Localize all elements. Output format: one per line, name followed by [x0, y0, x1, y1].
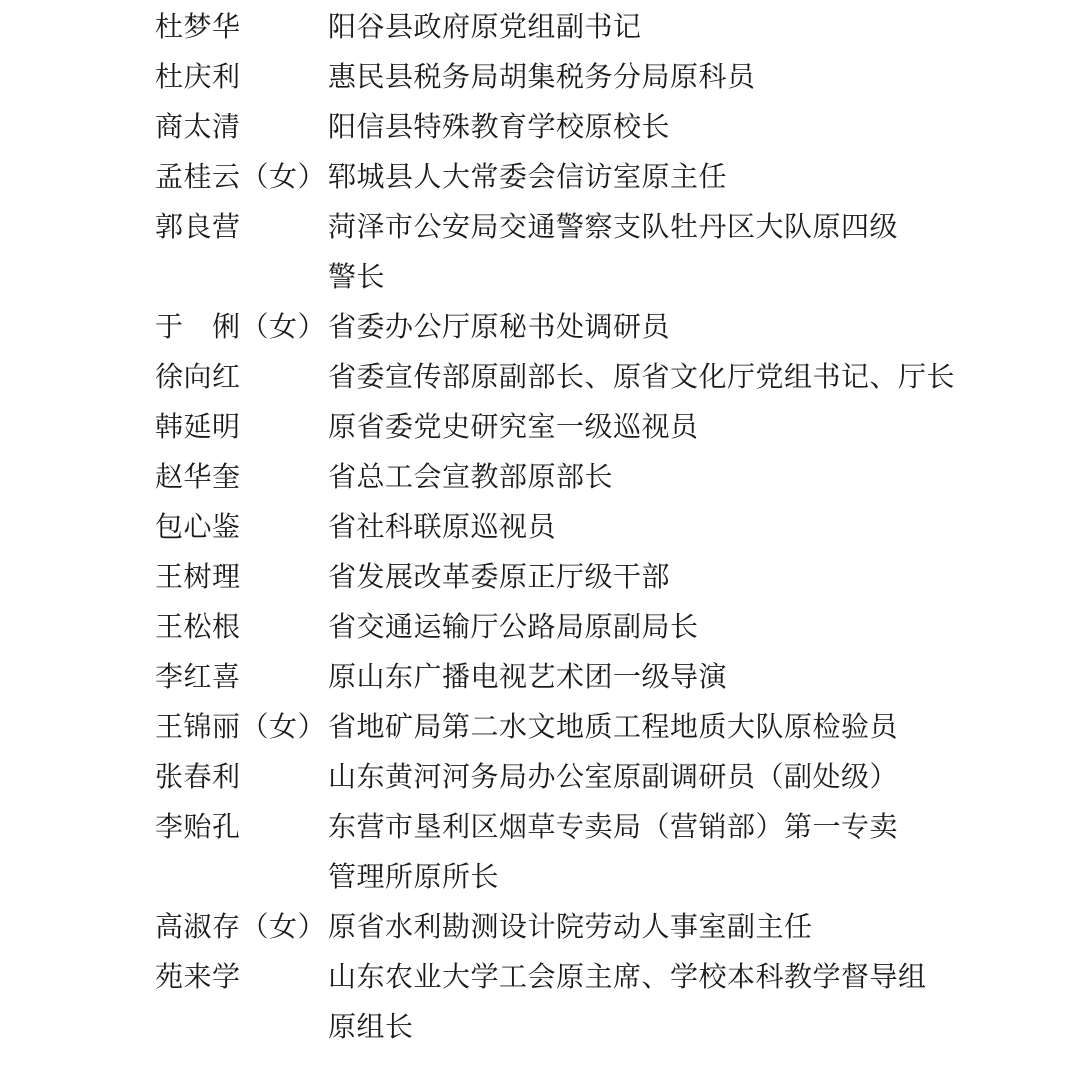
person-position: 山东黄河河务局办公室原副调研员（副处级）	[328, 752, 1078, 802]
list-item: 郭良营菏泽市公安局交通警察支队牡丹区大队原四级 警长	[155, 202, 1080, 302]
person-position: 阳谷县政府原党组副书记	[328, 2, 1078, 52]
person-name: 高淑存（女）	[155, 902, 328, 952]
person-position: 山东农业大学工会原主席、学校本科教学督导组 原组长	[328, 952, 1078, 1052]
person-name: 苑来学	[155, 952, 328, 1002]
person-position: 省社科联原巡视员	[328, 502, 1078, 552]
list-item: 王锦丽（女）省地矿局第二水文地质工程地质大队原检验员	[155, 702, 1080, 752]
person-position: 省总工会宣教部原部长	[328, 452, 1078, 502]
person-name: 于 俐（女）	[155, 302, 328, 352]
person-position: 省地矿局第二水文地质工程地质大队原检验员	[328, 702, 1078, 752]
list-item: 张春利山东黄河河务局办公室原副调研员（副处级）	[155, 752, 1080, 802]
person-position: 菏泽市公安局交通警察支队牡丹区大队原四级 警长	[328, 202, 1078, 302]
person-name: 王松根	[155, 602, 328, 652]
person-name: 徐向红	[155, 352, 328, 402]
list-item: 韩延明原省委党史研究室一级巡视员	[155, 402, 1080, 452]
person-position: 阳信县特殊教育学校原校长	[328, 102, 1078, 152]
person-name: 张春利	[155, 752, 328, 802]
person-name: 郭良营	[155, 202, 328, 252]
person-position: 省委宣传部原副部长、原省文化厅党组书记、厅长	[328, 352, 1078, 402]
person-name: 赵华奎	[155, 452, 328, 502]
person-name: 孟桂云（女）	[155, 152, 328, 202]
person-position: 省委办公厅原秘书处调研员	[328, 302, 1078, 352]
person-name: 李红喜	[155, 652, 328, 702]
list-item: 于 俐（女）省委办公厅原秘书处调研员	[155, 302, 1080, 352]
list-item: 王松根省交通运输厅公路局原副局长	[155, 602, 1080, 652]
person-position: 郓城县人大常委会信访室原主任	[328, 152, 1078, 202]
list-item: 苑来学山东农业大学工会原主席、学校本科教学督导组 原组长	[155, 952, 1080, 1052]
person-position: 原省委党史研究室一级巡视员	[328, 402, 1078, 452]
person-position: 省发展改革委原正厅级干部	[328, 552, 1078, 602]
list-item: 李红喜原山东广播电视艺术团一级导演	[155, 652, 1080, 702]
list-item: 杜梦华阳谷县政府原党组副书记	[155, 2, 1080, 52]
list-item: 杜庆利惠民县税务局胡集税务分局原科员	[155, 52, 1080, 102]
list-item: 赵华奎省总工会宣教部原部长	[155, 452, 1080, 502]
person-name: 王锦丽（女）	[155, 702, 328, 752]
list-item: 包心鉴省社科联原巡视员	[155, 502, 1080, 552]
person-position: 惠民县税务局胡集税务分局原科员	[328, 52, 1078, 102]
person-name: 商太清	[155, 102, 328, 152]
list-item: 徐向红省委宣传部原副部长、原省文化厅党组书记、厅长	[155, 352, 1080, 402]
person-name: 李贻孔	[155, 802, 328, 852]
list-item: 商太清阳信县特殊教育学校原校长	[155, 102, 1080, 152]
person-name: 杜梦华	[155, 2, 328, 52]
person-name: 杜庆利	[155, 52, 328, 102]
roster-list: 杜梦华阳谷县政府原党组副书记杜庆利惠民县税务局胡集税务分局原科员商太清阳信县特殊…	[155, 2, 1080, 1052]
person-name: 包心鉴	[155, 502, 328, 552]
list-item: 王树理省发展改革委原正厅级干部	[155, 552, 1080, 602]
person-name: 王树理	[155, 552, 328, 602]
person-position: 省交通运输厅公路局原副局长	[328, 602, 1078, 652]
document-page: 杜梦华阳谷县政府原党组副书记杜庆利惠民县税务局胡集税务分局原科员商太清阳信县特殊…	[0, 0, 1080, 1074]
person-position: 原省水利勘测设计院劳动人事室副主任	[328, 902, 1078, 952]
person-position: 原山东广播电视艺术团一级导演	[328, 652, 1078, 702]
list-item: 高淑存（女）原省水利勘测设计院劳动人事室副主任	[155, 902, 1080, 952]
list-item: 李贻孔东营市垦利区烟草专卖局（营销部）第一专卖 管理所原所长	[155, 802, 1080, 902]
person-name: 韩延明	[155, 402, 328, 452]
list-item: 孟桂云（女）郓城县人大常委会信访室原主任	[155, 152, 1080, 202]
person-position: 东营市垦利区烟草专卖局（营销部）第一专卖 管理所原所长	[328, 802, 1078, 902]
